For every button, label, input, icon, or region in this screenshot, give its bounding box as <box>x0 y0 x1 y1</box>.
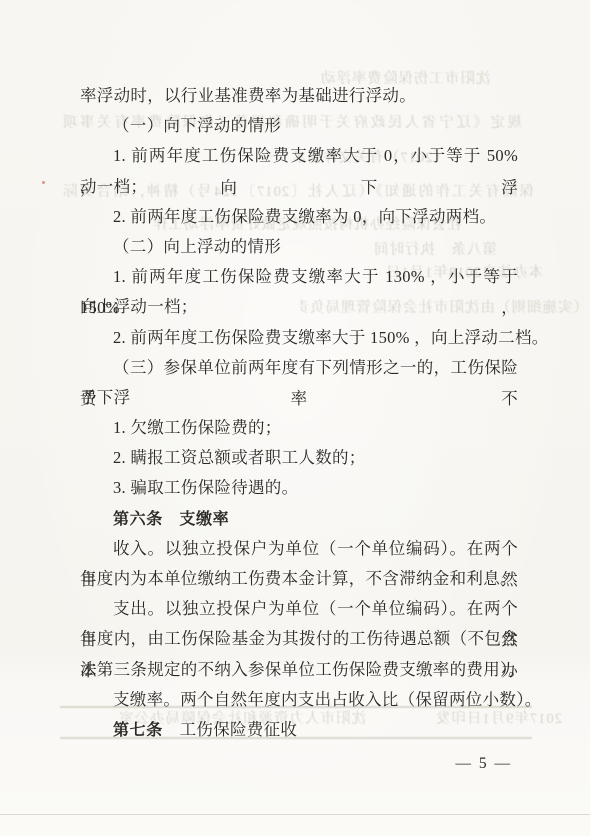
line-text: 工伤保险费征收 <box>163 720 297 739</box>
text-line: 收入。以独立投保户为单位（一个单位编码）。在两个自然 <box>80 534 518 564</box>
line-text: （一）向下浮动的情形 <box>113 116 281 135</box>
article-heading-text: 第七条 <box>113 722 163 739</box>
line-text: 年度内为本单位缴纳工伤费本金计算，不含滞纳金和利息。 <box>80 569 517 588</box>
text-line: 年度内，由工伤保险基金为其拨付的工伤待遇总额（不包含本办 <box>80 624 518 654</box>
page-number: — 5 — <box>372 753 512 775</box>
text-line: 支缴率。两个自然年度内支出占收入比（保留两位小数）。 <box>80 685 518 715</box>
line-text: 2. 瞒报工资总额或者职工人数的； <box>113 448 366 467</box>
text-line: 3. 骗取工伤保险待遇的。 <box>80 473 518 503</box>
line-text: 2. 前两年度工伤保险费支缴率为 0，向下浮动两档。 <box>113 207 496 226</box>
line-text: 3. 骗取工伤保险待遇的。 <box>113 478 298 497</box>
text-line: 第七条 工伤保险费征收 <box>80 715 518 745</box>
text-line: 年度内为本单位缴纳工伤费本金计算，不含滞纳金和利息。 <box>80 564 518 594</box>
line-text: 率浮动时，以行业基准费率为基础进行浮动。 <box>80 86 416 105</box>
scan-edge-artifact <box>0 814 590 815</box>
document-body-text: 率浮动时，以行业基准费率为基础进行浮动。（一）向下浮动的情形1. 前两年度工伤保… <box>80 81 518 745</box>
text-line: 1. 欠缴工伤保险费的； <box>80 413 518 443</box>
text-line: 第六条 支缴率 <box>80 504 518 534</box>
line-text: 1. 欠缴工伤保险费的； <box>113 418 282 437</box>
line-text: 2. 前两年度工伤保险费支缴率大于 150% ，向上浮动二档。 <box>113 328 549 347</box>
text-line: （一）向下浮动的情形 <box>80 111 518 141</box>
text-line: 2. 前两年度工伤保险费支缴率大于 150% ，向上浮动二档。 <box>80 323 518 353</box>
line-text: 支缴率。两个自然年度内支出占收入比（保留两位小数）。 <box>113 690 542 709</box>
line-text: （二）向上浮动的情形 <box>113 237 281 256</box>
text-line: 率浮动时，以行业基准费率为基础进行浮动。 <box>80 81 518 111</box>
text-line: 支出。以独立投保户为单位（一个单位编码）。在两个自然 <box>80 594 518 624</box>
text-line: 法第三条规定的不纳入参保单位工伤保险费支缴率的费用）。 <box>80 655 518 685</box>
scan-speck-artifact <box>42 181 45 184</box>
line-text: 向上浮动一档； <box>80 297 198 316</box>
text-line: 2. 前两年度工伤保险费支缴率为 0，向下浮动两档。 <box>80 202 518 232</box>
text-line: 2. 瞒报工资总额或者职工人数的； <box>80 443 518 473</box>
article-heading-text: 第六条 支缴率 <box>113 511 229 528</box>
line-text: 法第三条规定的不纳入参保单位工伤保险费支缴率的费用）。 <box>80 660 525 679</box>
text-line: （二）向上浮动的情形 <box>80 232 518 262</box>
text-line: （三）参保单位前两年度有下列情形之一的，工伤保险费率不 <box>80 353 518 383</box>
line-text: 动一档； <box>80 177 147 196</box>
line-text: （三）参保单位前两年度有下列情形之一的，工伤保险费率不 <box>80 358 518 408</box>
line-text: 予下浮 <box>80 388 130 407</box>
text-line: 1. 前两年度工伤保险费支缴率大于 0，小于等于 50% ，向下浮 <box>80 141 518 171</box>
text-line: 1. 前两年度工伤保险费支缴率大于 130% ，小于等于 150% ， <box>80 262 518 292</box>
